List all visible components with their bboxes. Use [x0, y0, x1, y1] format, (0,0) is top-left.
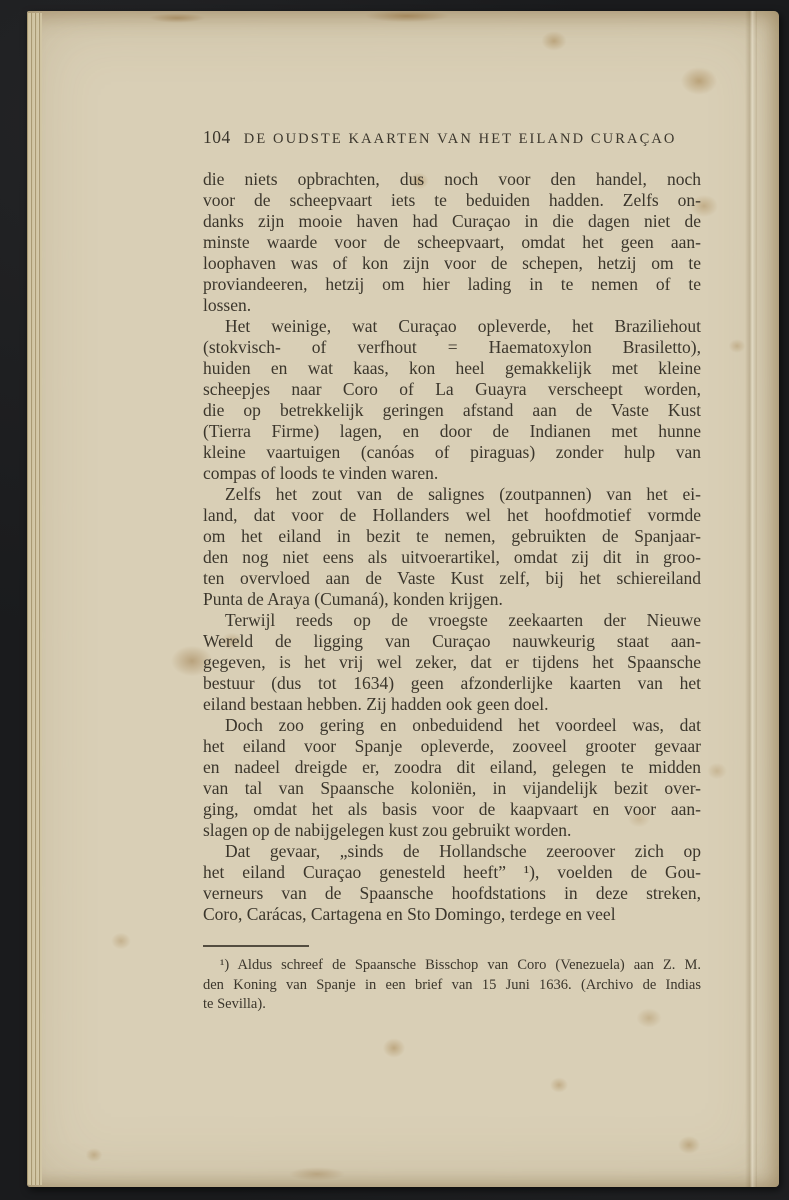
scan-backdrop: 104 DE OUDSTE KAARTEN VAN HET EILAND CUR…: [0, 0, 789, 1200]
footnote-rule: [203, 945, 309, 947]
running-title: DE OUDSTE KAARTEN VAN HET EILAND CURAÇAO: [244, 131, 701, 148]
footnote-line: den Koning van Spanje in een brief van 1…: [203, 976, 701, 996]
text-line: proviandeeren, hetzij om hier lading in …: [203, 274, 701, 295]
book-page: 104 DE OUDSTE KAARTEN VAN HET EILAND CUR…: [27, 11, 779, 1187]
footnote: ¹) Aldus schreef de Spaansche Bisschop v…: [203, 956, 701, 1015]
text-line: land, dat voor de Hollanders wel het hoo…: [203, 505, 701, 526]
text-line: bestuur (dus tot 1634) geen afzonderlijk…: [203, 673, 701, 694]
page-fold: [745, 11, 757, 1187]
text-line: minste waarde voor de scheepvaart, omdat…: [203, 232, 701, 253]
text-line: ging, omdat het als basis voor de kaapva…: [203, 799, 701, 820]
footnote-line: ¹) Aldus schreef de Spaansche Bisschop v…: [203, 956, 701, 976]
page-edge-stack: [27, 13, 42, 1185]
text-line: Terwijl reeds op de vroegste zeekaarten …: [203, 610, 701, 631]
text-line: voor de scheepvaart iets te beduiden had…: [203, 190, 701, 211]
text-line: eiland bestaan hebben. Zij hadden ook ge…: [203, 694, 701, 715]
text-line: die niets opbrachten, dus noch voor den …: [203, 169, 701, 190]
text-line: ten overvloed aan de Vaste Kust zelf, bi…: [203, 568, 701, 589]
footnote-line: te Sevilla).: [203, 995, 701, 1015]
text-line: Het weinige, wat Curaçao opleverde, het …: [203, 316, 701, 337]
text-line: gegeven, is het vrij wel zeker, dat er t…: [203, 652, 701, 673]
text-line: huiden en wat kaas, kon heel gemakkelijk…: [203, 358, 701, 379]
text-line: die op betrekkelijk geringen afstand aan…: [203, 400, 701, 421]
text-line: (stokvisch- of verfhout = Haematoxylon B…: [203, 337, 701, 358]
running-header: 104 DE OUDSTE KAARTEN VAN HET EILAND CUR…: [203, 127, 701, 148]
text-line: Doch zoo gering en onbeduidend het voord…: [203, 715, 701, 736]
body-text: die niets opbrachten, dus noch voor den …: [203, 169, 701, 925]
text-line: verneurs van de Spaansche hoofdstations …: [203, 883, 701, 904]
text-line: loophaven was of kon zijn voor de schepe…: [203, 253, 701, 274]
text-line: compas of loods te vinden waren.: [203, 463, 701, 484]
text-line: scheepjes naar Coro of La Guayra versche…: [203, 379, 701, 400]
text-line: danks zijn mooie haven had Curaçao in di…: [203, 211, 701, 232]
text-line: slagen op de nabijgelegen kust zou gebru…: [203, 820, 701, 841]
text-line: lossen.: [203, 295, 701, 316]
text-line: en nadeel dreigde er, zoodra dit eiland,…: [203, 757, 701, 778]
text-line: (Tierra Firme) lagen, en door de Indiane…: [203, 421, 701, 442]
text-line: kleine vaartuigen (canóas of piraguas) z…: [203, 442, 701, 463]
page-number: 104: [203, 127, 231, 148]
text-line: het eiland voor Spanje opleverde, zoovee…: [203, 736, 701, 757]
text-line: Zelfs het zout van de salignes (zoutpann…: [203, 484, 701, 505]
text-line: Coro, Carácas, Cartagena en Sto Domingo,…: [203, 904, 701, 925]
text-line: van tal van Spaansche koloniën, in vijan…: [203, 778, 701, 799]
text-line: Punta de Araya (Cumaná), konden krijgen.: [203, 589, 701, 610]
text-line: het eiland Curaçao genesteld heeft” ¹), …: [203, 862, 701, 883]
text-line: den nog niet eens als uitvoerartikel, om…: [203, 547, 701, 568]
text-line: om het eiland in bezit te nemen, gebruik…: [203, 526, 701, 547]
text-line: Wereld de ligging van Curaçao nauwkeurig…: [203, 631, 701, 652]
text-line: Dat gevaar, „sinds de Hollandsche zeeroo…: [203, 841, 701, 862]
